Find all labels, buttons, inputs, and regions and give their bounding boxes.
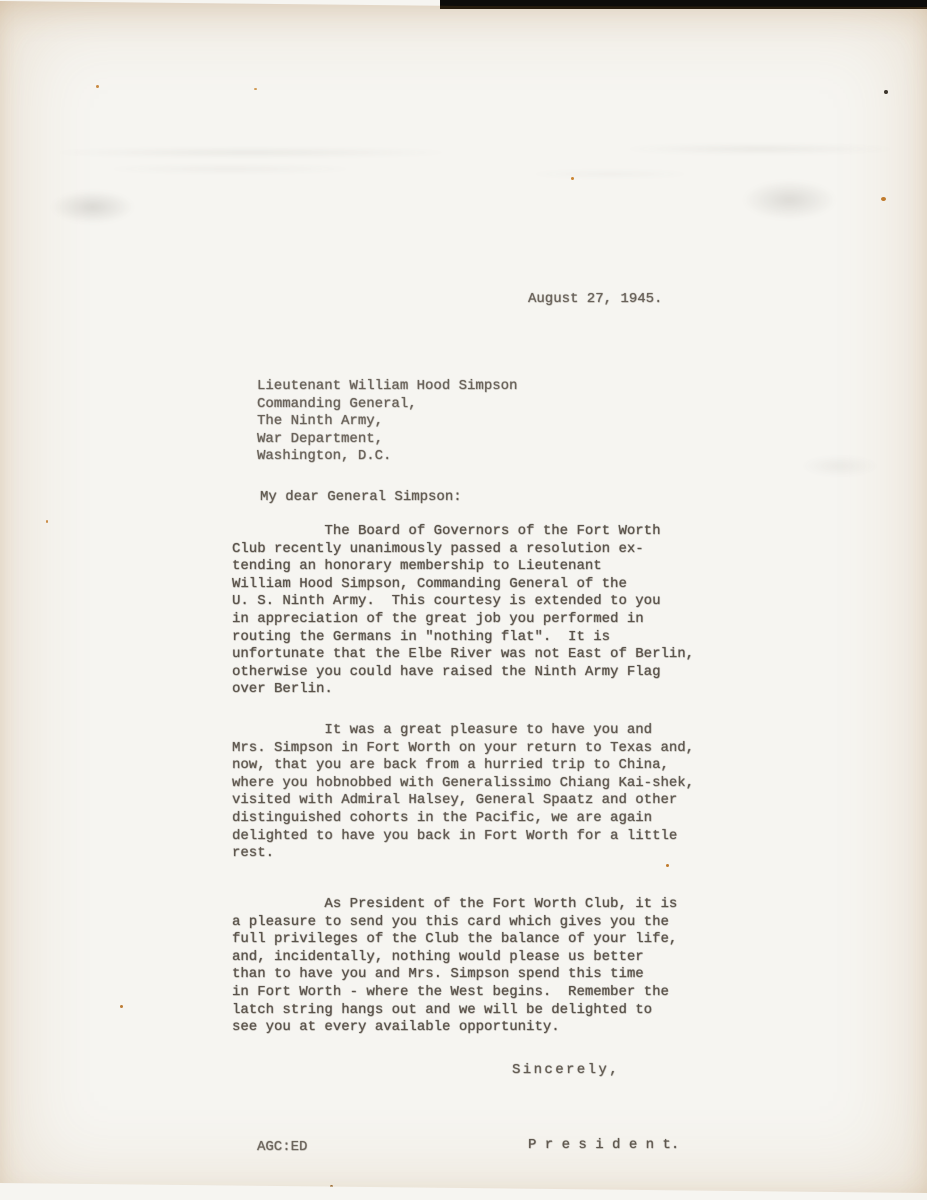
recipient-address: Lieutenant William Hood Simpson Commandi… <box>257 378 517 466</box>
paper-sheet: August 27, 1945. Lieutenant William Hood… <box>0 0 927 1200</box>
scanned-letter-page: August 27, 1945. Lieutenant William Hood… <box>0 0 927 1200</box>
closing-line: Sincerely, <box>512 1062 620 1080</box>
salutation: My dear General Simpson: <box>260 489 462 507</box>
reference-initials: AGC:ED <box>257 1139 307 1157</box>
date-line: August 27, 1945. <box>528 291 662 309</box>
letter-content: August 27, 1945. Lieutenant William Hood… <box>0 0 927 1200</box>
body-paragraph-2: It was a great pleasure to have you and … <box>232 722 694 863</box>
body-paragraph-1: The Board of Governors of the Fort Worth… <box>232 523 694 699</box>
signature-title: P r e s i d e n t. <box>528 1137 679 1155</box>
body-paragraph-3: As President of the Fort Worth Club, it … <box>232 896 677 1037</box>
